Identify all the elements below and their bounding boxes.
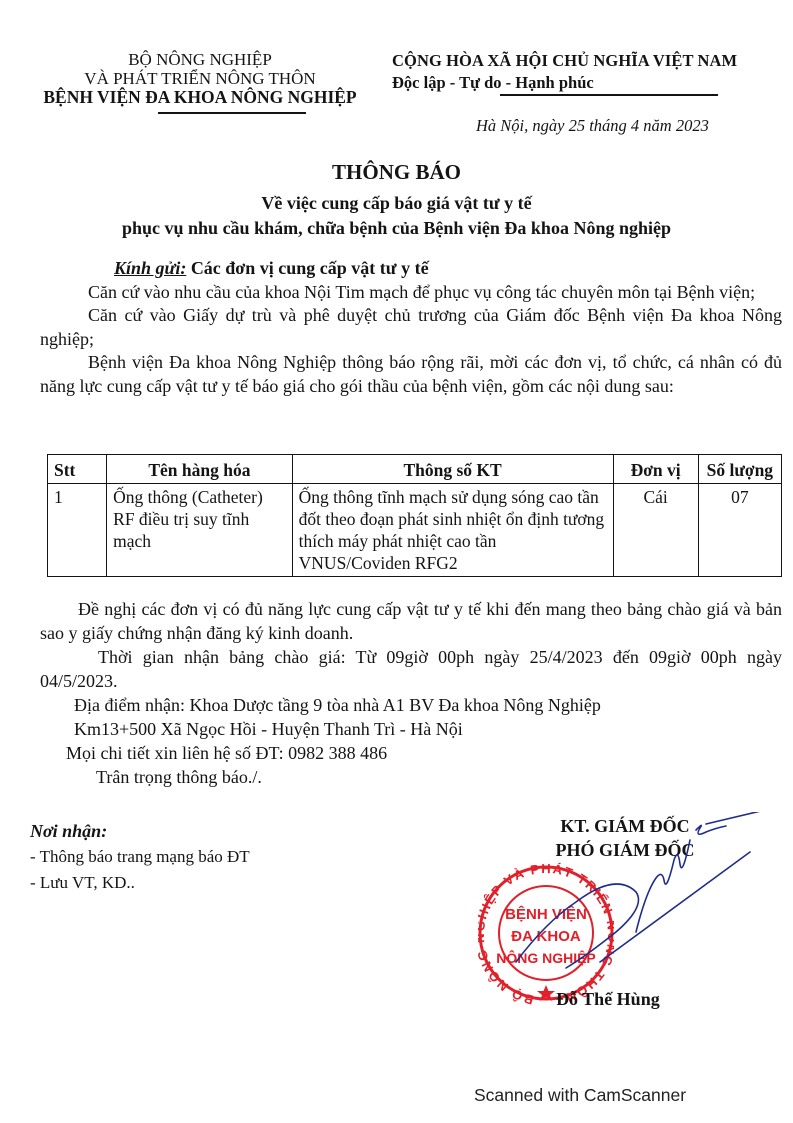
recipients-heading: Nơi nhận: [30, 818, 250, 844]
scanner-watermark: Scanned with CamScanner [474, 1085, 686, 1106]
signer-name: Đỗ Thế Hùng [556, 989, 660, 1010]
paragraph: Căn cứ vào nhu cầu của khoa Nội Tim mạch… [40, 281, 782, 305]
location-line-1: Địa điểm nhận: Khoa Dược tầng 9 tòa nhà … [40, 693, 782, 717]
paragraph: Căn cứ vào Giấy dự trù và phê duyệt chủ … [40, 304, 782, 351]
hospital-name: BỆNH VIỆN ĐA KHOA NÔNG NGHIỆP [30, 88, 370, 107]
table-row: 1 Ống thông (Catheter) RF điều trị suy t… [48, 484, 782, 577]
cell-name: Ống thông (Catheter) RF điều trị suy tĩn… [107, 484, 293, 577]
salutation-text: Các đơn vị cung cấp vật tư y tế [186, 258, 428, 278]
col-header-name: Tên hàng hóa [107, 455, 293, 484]
salutation: Kính gửi: Các đơn vị cung cấp vật tư y t… [40, 257, 782, 281]
recipient-item: - Thông báo trang mạng báo ĐT [30, 844, 250, 870]
issuing-agency-header: BỘ NÔNG NGHIỆP VÀ PHÁT TRIỂN NÔNG THÔN B… [30, 50, 370, 107]
motto-underline [500, 94, 718, 96]
cell-unit: Cái [613, 484, 698, 577]
header-underline [158, 112, 306, 114]
table-header-row: Stt Tên hàng hóa Thông số KT Đơn vị Số l… [48, 455, 782, 484]
col-header-unit: Đơn vị [613, 455, 698, 484]
ministry-name-line2: VÀ PHÁT TRIỂN NÔNG THÔN [30, 69, 370, 88]
contact-line: Mọi chi tiết xin liên hệ số ĐT: 0982 388… [40, 741, 782, 765]
subtitle-line-2: phục vụ nhu cầu khám, chữa bệnh của Bệnh… [0, 216, 793, 241]
location-line-2: Km13+500 Xã Ngọc Hồi - Huyện Thanh Trì -… [40, 717, 782, 741]
cell-qty: 07 [698, 484, 781, 577]
document-body: Kính gửi: Các đơn vị cung cấp vật tư y t… [40, 257, 782, 398]
salutation-label: Kính gửi: [114, 258, 186, 278]
handwritten-signature-icon [480, 812, 770, 992]
request-paragraph: Đề nghị các đơn vị có đủ năng lực cung c… [40, 597, 782, 645]
col-header-qty: Số lượng [698, 455, 781, 484]
closing-section: Đề nghị các đơn vị có đủ năng lực cung c… [40, 597, 782, 789]
document-subtitle: Về việc cung cấp báo giá vật tư y tế phụ… [0, 191, 793, 241]
cell-spec: Ống thông tĩnh mạch sử dụng sóng cao tần… [292, 484, 613, 577]
document-title: THÔNG BÁO [0, 160, 793, 185]
recipients-block: Nơi nhận: - Thông báo trang mạng báo ĐT … [30, 818, 250, 896]
national-motto: Độc lập - Tự do - Hạnh phúc [392, 72, 772, 94]
submission-time: Thời gian nhận bảng chào giá: Từ 09giờ 0… [40, 645, 782, 693]
col-header-stt: Stt [48, 455, 107, 484]
paragraph: Bệnh viện Đa khoa Nông Nghiệp thông báo … [40, 351, 782, 398]
items-table: Stt Tên hàng hóa Thông số KT Đơn vị Số l… [47, 454, 782, 577]
country-name: CỘNG HÒA XÃ HỘI CHỦ NGHĨA VIỆT NAM [392, 50, 772, 72]
cell-stt: 1 [48, 484, 107, 577]
subtitle-line-1: Về việc cung cấp báo giá vật tư y tế [0, 191, 793, 216]
ministry-name: BỘ NÔNG NGHIỆP [30, 50, 370, 69]
national-motto-header: CỘNG HÒA XÃ HỘI CHỦ NGHĨA VIỆT NAM Độc l… [392, 50, 772, 94]
regards-line: Trân trọng thông báo./. [40, 765, 782, 789]
col-header-spec: Thông số KT [292, 455, 613, 484]
document-date: Hà Nội, ngày 25 tháng 4 năm 2023 [476, 116, 709, 136]
recipient-item: - Lưu VT, KD.. [30, 870, 250, 896]
